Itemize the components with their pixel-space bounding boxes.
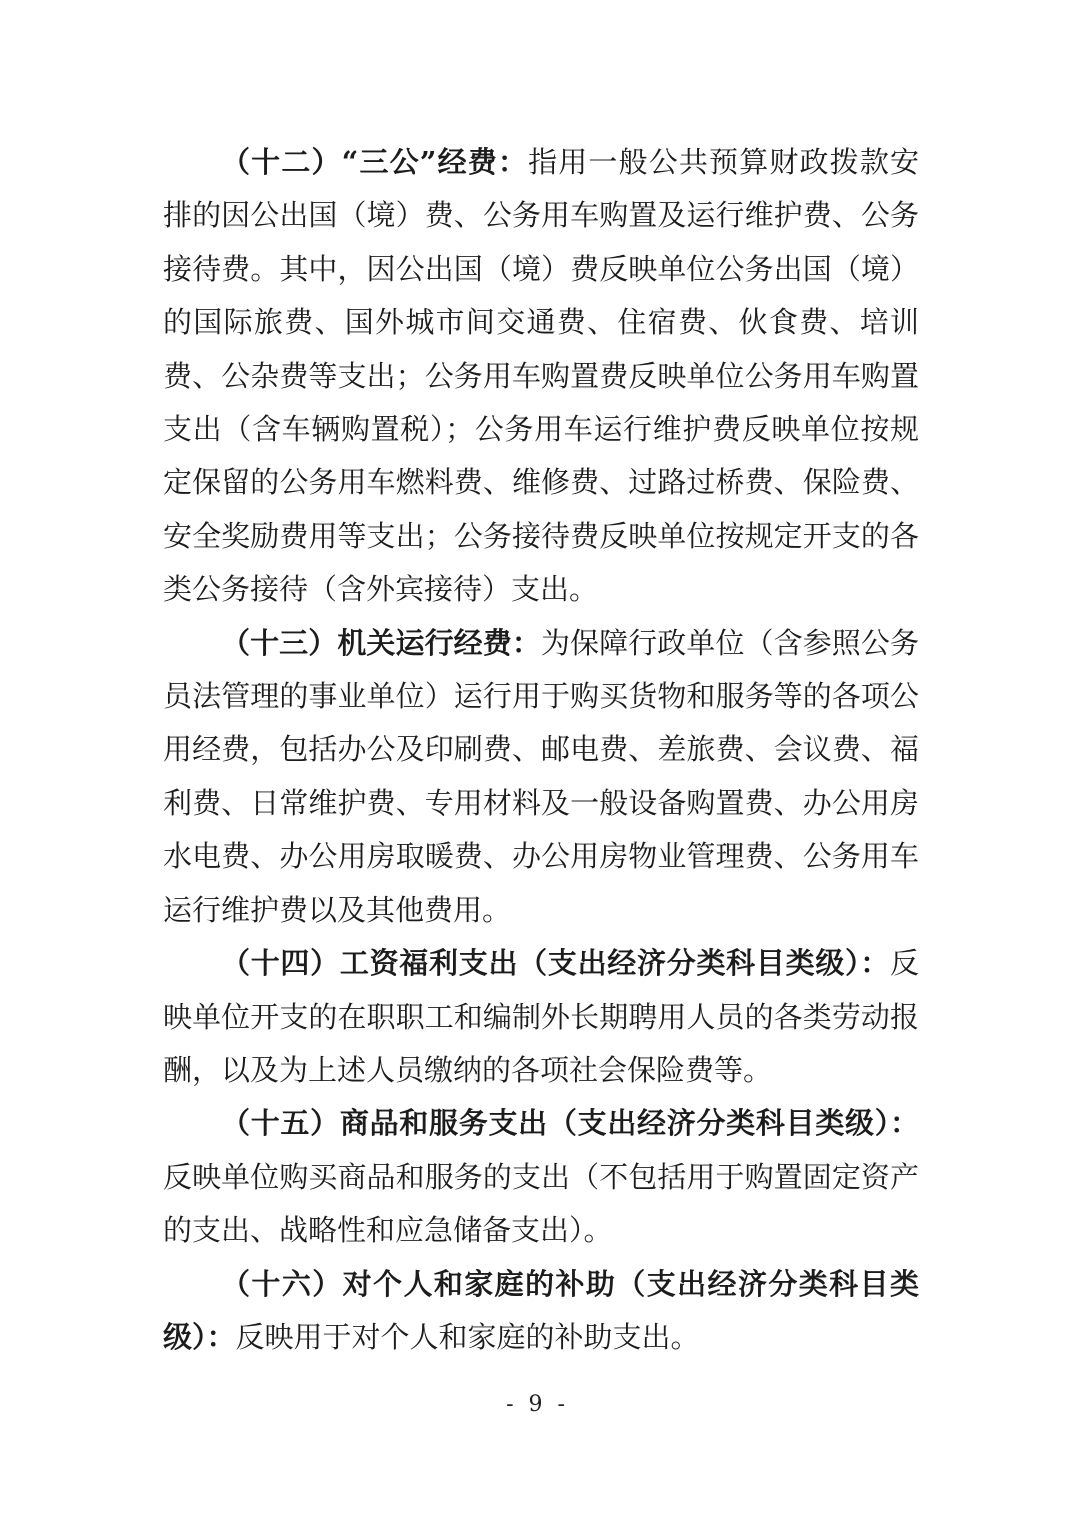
- paragraph-body: 指用一般公共预算财政拨款安排的因公出国（境）费、公务用车购置及运行维护费、公务接…: [163, 145, 919, 606]
- paragraph-heading: （十三）机关运行经费：: [221, 626, 541, 660]
- paragraph-13-agency-operating-expenses: （十三）机关运行经费：为保障行政单位（含参照公务员法管理的事业单位）运行用于购买…: [163, 617, 919, 937]
- page-number: - 9 -: [0, 1392, 1075, 1417]
- paragraph-14-salary-welfare-expenditure: （十四）工资福利支出（支出经济分类科目类级）：反映单位开支的在职职工和编制外长期…: [163, 937, 919, 1097]
- document-page: （十二）“三公”经费：指用一般公共预算财政拨款安排的因公出国（境）费、公务用车购…: [0, 0, 1075, 1520]
- paragraph-body: 为保障行政单位（含参照公务员法管理的事业单位）运行用于购买货物和服务等的各项公用…: [163, 626, 919, 927]
- paragraph-body: 反映用于对个人和家庭的补助支出。: [236, 1320, 700, 1354]
- paragraph-heading: （十二）“三公”经费：: [221, 145, 528, 179]
- paragraph-16-subsidies-individuals-families: （十六）对个人和家庭的补助（支出经济分类科目类级）：反映用于对个人和家庭的补助支…: [163, 1258, 919, 1365]
- paragraph-15-goods-services-expenditure: （十五）商品和服务支出（支出经济分类科目类级）：反映单位购买商品和服务的支出（不…: [163, 1097, 919, 1257]
- paragraph-heading: （十五）商品和服务支出（支出经济分类科目类级）：: [221, 1106, 919, 1140]
- paragraph-12-sangong-expenses: （十二）“三公”经费：指用一般公共预算财政拨款安排的因公出国（境）费、公务用车购…: [163, 136, 919, 617]
- paragraph-body: 反映单位购买商品和服务的支出（不包括用于购置固定资产的支出、战略性和应急储备支出…: [163, 1160, 919, 1247]
- paragraph-heading: （十四）工资福利支出（支出经济分类科目类级）：: [221, 946, 890, 980]
- document-text-block: （十二）“三公”经费：指用一般公共预算财政拨款安排的因公出国（境）费、公务用车购…: [163, 136, 919, 1364]
